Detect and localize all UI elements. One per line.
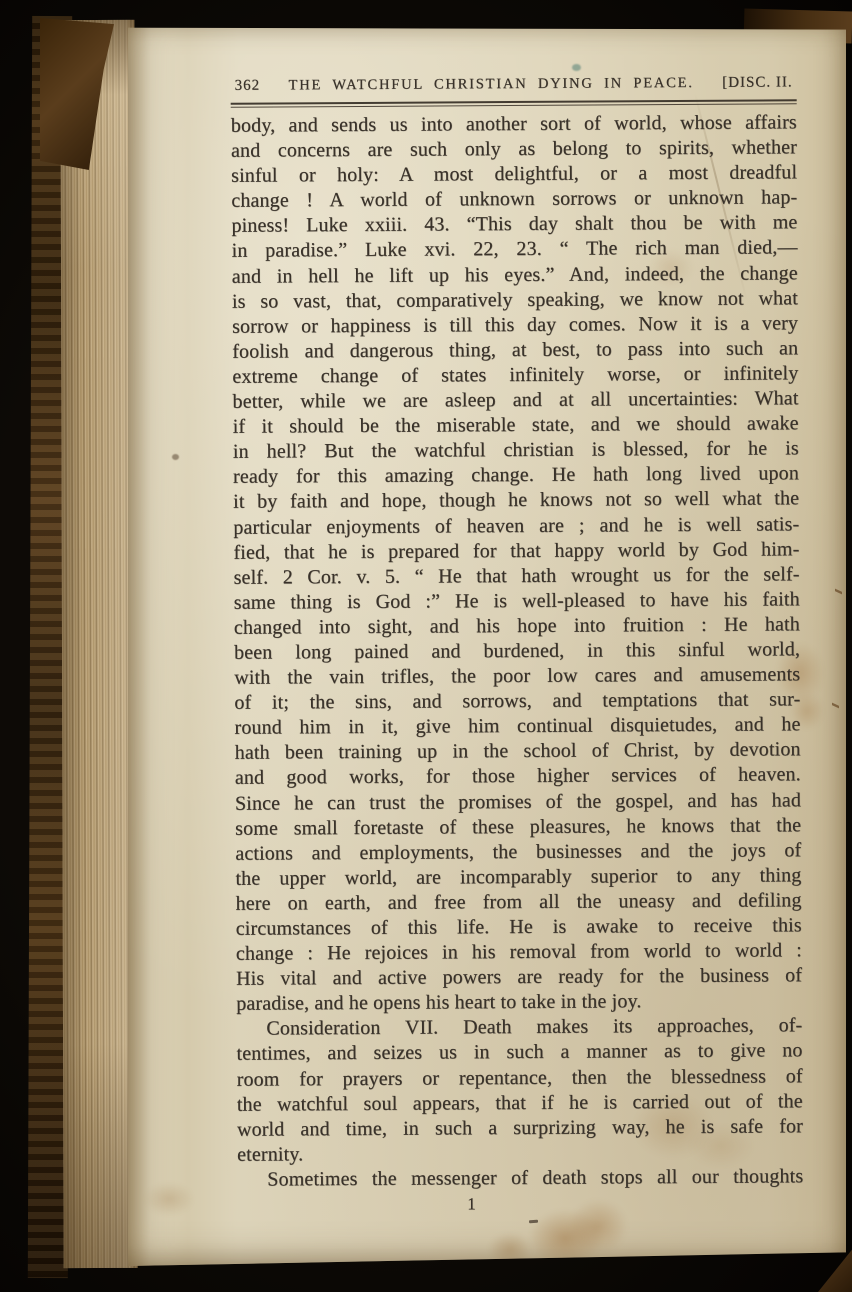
text-line: foolish and dangerous thing, at best, to… [232, 336, 798, 365]
section-label: [DISC. II. [722, 74, 793, 91]
text-line: and in hell he lift up his eyes.” And, i… [232, 261, 798, 290]
text-line: circumstances of this life. He is awake … [236, 913, 802, 942]
text-line: Since he can trust the promises of the g… [235, 788, 801, 817]
text-line: extreme change of states infinitely wors… [232, 361, 798, 390]
ink-speck [172, 454, 179, 460]
running-title: THE WATCHFUL CHRISTIAN DYING IN PEACE. [288, 75, 693, 94]
text-line: and good works, for those higher service… [235, 763, 801, 792]
text-line: room for prayers or repentance, then the… [237, 1064, 803, 1093]
text-line: His vital and active powers are ready fo… [236, 963, 802, 992]
text-line: round him in it, give him continual disq… [234, 713, 800, 742]
photo-background: 362 THE WATCHFUL CHRISTIAN DYING IN PEAC… [0, 0, 852, 1292]
text-line: fied, that he is prepared for that happy… [233, 537, 799, 566]
text-line: sinful or holy: A most delightful, or a … [231, 160, 797, 189]
running-header: 362 THE WATCHFUL CHRISTIAN DYING IN PEAC… [231, 74, 797, 94]
text-line: change : He rejoices in his removal from… [236, 938, 802, 967]
text-line: the upper world, are incomparably superi… [235, 863, 801, 892]
text-line: and concerns are such only as belong to … [231, 135, 797, 164]
text-line: paradise, and he opens his heart to take… [236, 989, 802, 1018]
text-line: piness! Luke xxiii. 43. “This day shalt … [231, 211, 797, 240]
text-line: ready for this amazing change. He hath l… [233, 462, 799, 491]
text-line: is so vast, that, comparatively speaking… [232, 286, 798, 315]
text-line: it by faith and hope, though he knows no… [233, 487, 799, 516]
text-line: same thing is God :” He is well-pleased … [234, 587, 800, 616]
text-line: world and time, in such a surprizing way… [237, 1114, 803, 1143]
signature-mark: 1 [237, 1192, 803, 1215]
printed-text-block: 362 THE WATCHFUL CHRISTIAN DYING IN PEAC… [230, 22, 804, 1267]
text-line: been long pained and burdened, in this s… [234, 637, 800, 666]
text-line: in paradise.” Luke xvi. 22, 23. “ The ri… [232, 236, 798, 265]
text-line: actions and employments, the businesses … [235, 838, 801, 867]
text-line: in hell? But the watchful christian is b… [233, 436, 799, 465]
book-page: 362 THE WATCHFUL CHRISTIAN DYING IN PEAC… [128, 24, 846, 1266]
book-photo-screenshot: { "page": { "header": { "page_number": "… [0, 0, 852, 1292]
gutter-pen-mark [835, 586, 842, 597]
text-line: hath been training up in the school of C… [235, 738, 801, 767]
page-number: 362 [235, 78, 261, 95]
body-text: body, and sends us into another sort of … [231, 110, 804, 1192]
text-line: Consideration VII. Death makes its appro… [236, 1014, 802, 1043]
page-stack-fore-edges [60, 20, 137, 1268]
book-cover-corner-bottom-right [818, 1246, 852, 1292]
text-line: particular enjoyments of heaven are ; an… [233, 512, 799, 541]
text-line: self. 2 Cor. v. 5. “ He that hath wrough… [234, 562, 800, 591]
text-line: eternity. [237, 1139, 803, 1168]
text-line: body, and sends us into another sort of … [231, 110, 797, 139]
text-line: Sometimes the messenger of death stops a… [237, 1164, 803, 1193]
text-line: with the vain trifles, the poor low care… [234, 662, 800, 691]
text-line: if it should be the miserable state, and… [233, 411, 799, 440]
text-line: tentimes, and seizes us in such a manner… [236, 1039, 802, 1068]
text-line: change ! A world of unknown sorrows or u… [231, 186, 797, 215]
text-line: here on earth, and free from all the une… [236, 888, 802, 917]
text-line: of it; the sins, and sorrows, and tempta… [234, 687, 800, 716]
text-line: the watchful soul appears, that if he is… [237, 1089, 803, 1118]
header-double-rule [231, 99, 797, 107]
text-line: changed into sight, and his hope into fr… [234, 612, 800, 641]
text-line: some small foretaste of these pleasures,… [235, 813, 801, 842]
foxing-stain [144, 1182, 194, 1216]
gutter-pen-mark [832, 700, 839, 711]
text-line: sorrow or happiness is till this day com… [232, 311, 798, 340]
text-line: better, while we are asleep and at all u… [232, 386, 798, 415]
